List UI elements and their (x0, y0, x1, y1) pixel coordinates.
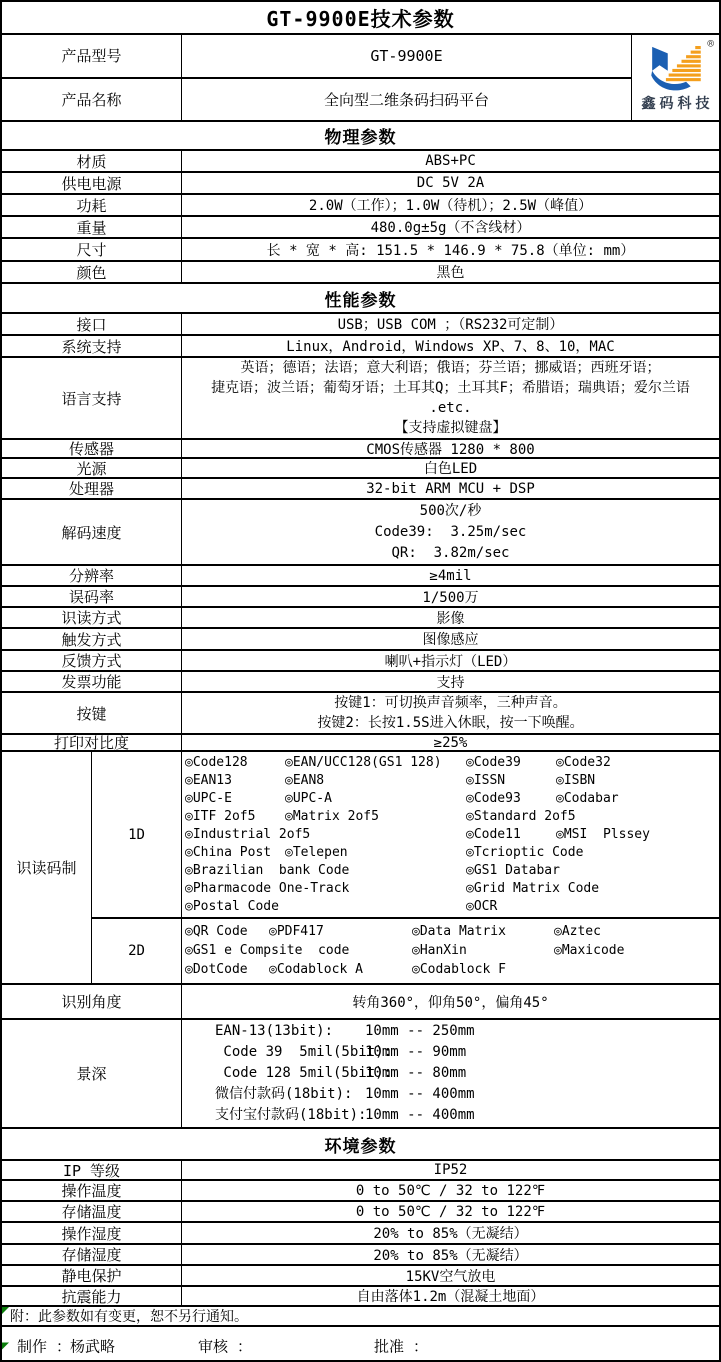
table-row: 识别角度 转角360°，仰角50°，偏角45° (2, 983, 719, 1018)
dof-range: 10mm -- 80mm (365, 1063, 466, 1084)
param-label: 分辨率 (2, 566, 182, 585)
param-value: USB；USB COM ；（RS232可定制） (182, 314, 719, 334)
code-item: ◎UPC-A (285, 790, 466, 808)
param-label: IP 等级 (2, 1161, 182, 1179)
code-item: ◎Code11 (466, 826, 556, 844)
spec-sheet: GT-9900E技术参数 产品型号 GT-9900E 产品名称 全向型二维条码扫… (0, 0, 721, 1362)
table-row: 静电保护 15KV空气放电 (2, 1264, 719, 1285)
table-row: 重量 480.0g±5g（不含线材） (2, 215, 719, 237)
codes-grid-1d: ◎Code128 ◎EAN/UCC128(GS1 128) ◎Code39 ◎C… (182, 752, 719, 917)
code-item (556, 808, 719, 826)
param-value: 按键1：可切换声音频率，三种声音。 按键2：长按1.5S进入休眠，按一下唤醒。 (182, 693, 719, 733)
table-row: 识读方式 影像 (2, 606, 719, 627)
dof-name: Code 128 5mil(5bit): (215, 1063, 365, 1084)
param-label: 光源 (2, 459, 182, 477)
param-label: 重量 (2, 217, 182, 237)
code-item: ◎HanXin (412, 942, 554, 961)
code-item: ◎Code39 (466, 754, 556, 772)
param-label: 系统支持 (2, 336, 182, 356)
approver-label: 批准 ： (374, 1335, 428, 1356)
code-item: ◎Code128 (185, 754, 285, 772)
param-label: 供电电源 (2, 173, 182, 193)
dof-name: EAN-13(13bit): (215, 1021, 365, 1042)
param-value: 15KV空气放电 (182, 1266, 719, 1285)
section-title: 物理参数 (2, 122, 719, 149)
code-item: ◎ISSN (466, 772, 556, 790)
param-label: 接口 (2, 314, 182, 334)
table-row: 处理器 32-bit ARM MCU + DSP (2, 477, 719, 498)
value-line: 英语；德语；法语；意大利语；俄语；芬兰语；挪威语；西班牙语； (241, 358, 661, 378)
param-label: 产品名称 (2, 79, 182, 120)
band-1d: 1D ◎Code128 ◎EAN/UCC128(GS1 128) ◎Code39… (92, 752, 719, 917)
table-row: 打印对比度 ≥25% (2, 733, 719, 750)
code-item (269, 942, 412, 961)
param-value: 影像 (182, 608, 719, 627)
dof-range: 10mm -- 400mm (365, 1105, 475, 1126)
param-label: 反馈方式 (2, 651, 182, 670)
dof-range: 10mm -- 400mm (365, 1084, 475, 1105)
signoff-row: 制作 ： 杨武略 审核 ： 批准 ： (2, 1325, 719, 1362)
param-label: 静电保护 (2, 1266, 182, 1285)
param-label: 传感器 (2, 440, 182, 457)
code-item: ◎GS1 e Compsite code (185, 942, 269, 961)
code-item: ◎EAN13 (185, 772, 285, 790)
table-row: 存储温度 0 to 50℃ / 32 to 122℉ (2, 1200, 719, 1221)
code-item: ◎EAN8 (285, 772, 466, 790)
param-value: 0 to 50℃ / 32 to 122℉ (182, 1202, 719, 1221)
product-block: 产品型号 GT-9900E 产品名称 全向型二维条码扫码平台 ® (2, 33, 719, 120)
value-line: 500次/秒 (420, 501, 482, 522)
code-item: ◎Tcrioptic Code (466, 844, 556, 862)
code-item: ◎Codablock A (269, 961, 412, 980)
dof-range: 10mm -- 250mm (365, 1021, 475, 1042)
param-label: 抗震能力 (2, 1287, 182, 1305)
registered-mark: ® (707, 37, 714, 50)
param-label: 操作温度 (2, 1181, 182, 1200)
code-item: ◎Pharmacode One-Track (185, 880, 285, 898)
table-row: 触发方式 图像感应 (2, 627, 719, 649)
code-item: ◎PDF417 (269, 923, 412, 942)
symbologies-block: 识读码制 1D ◎Code128 ◎EAN/UCC128(GS1 128) ◎C… (2, 750, 719, 983)
brand-icon (643, 43, 709, 93)
table-row: 分辨率 ≥4mil (2, 564, 719, 585)
code-item: ◎QR Code (185, 923, 269, 942)
table-row: 系统支持 Linux，Android，Windows XP、7、8、10，MAC (2, 334, 719, 356)
code-item (285, 826, 466, 844)
table-row: 材质 ABS+PC (2, 149, 719, 171)
code-item: ◎Code93 (466, 790, 556, 808)
value-line: 【支持虚拟键盘】 (395, 418, 507, 438)
code-item: ◎GS1 Databar (466, 862, 556, 880)
param-value: 全向型二维条码扫码平台 (182, 79, 631, 120)
param-label: 功耗 (2, 195, 182, 215)
code-item: ◎Codablock F (412, 961, 554, 980)
green-flag-icon (2, 1307, 9, 1314)
code-item (554, 961, 719, 980)
band-2d: 2D ◎QR Code ◎PDF417 ◎Data Matrix ◎Aztec … (92, 917, 719, 983)
param-value: 2.0W（工作）；1.0W（待机）；2.5W（峰值） (182, 195, 719, 215)
table-row: 接口 USB；USB COM ；（RS232可定制） (2, 312, 719, 334)
code-item: ◎China Post (185, 844, 285, 862)
symbologies-bands: 1D ◎Code128 ◎EAN/UCC128(GS1 128) ◎Code39… (92, 752, 719, 983)
codes-grid-2d: ◎QR Code ◎PDF417 ◎Data Matrix ◎Aztec ◎GS… (182, 919, 719, 983)
param-label: 识别角度 (2, 985, 182, 1018)
param-value: 喇叭+指示灯（LED） (182, 651, 719, 670)
dof-line: 支付宝付款码(18bit): 10mm -- 400mm (215, 1105, 475, 1126)
section-header-environment: 环境参数 (2, 1127, 719, 1159)
param-value: 白色LED (182, 459, 719, 477)
table-row: 光源 白色LED (2, 457, 719, 477)
product-rows: 产品型号 GT-9900E 产品名称 全向型二维条码扫码平台 (2, 35, 631, 120)
param-value: 500次/秒 Code39: 3.25m/sec QR: 3.82m/sec (182, 500, 719, 564)
code-item: ◎Telepen (285, 844, 466, 862)
table-row: IP 等级 IP52 (2, 1159, 719, 1179)
table-row: 解码速度 500次/秒 Code39: 3.25m/sec QR: 3.82m/… (2, 498, 719, 564)
table-row: 操作湿度 20% to 85%（无凝结） (2, 1221, 719, 1243)
table-row: 产品名称 全向型二维条码扫码平台 (2, 77, 631, 120)
table-row: 尺寸 长 * 宽 * 高: 151.5 * 146.9 * 75.8（单位: m… (2, 237, 719, 260)
param-label: 识读码制 (2, 752, 92, 983)
dof-name: Code 39 5mil(5bit): (215, 1042, 365, 1063)
code-item: ◎DotCode (185, 961, 269, 980)
code-item: ◎Codabar (556, 790, 719, 808)
param-label: 触发方式 (2, 629, 182, 649)
param-label: 发票功能 (2, 672, 182, 691)
code-item: ◎UPC-E (185, 790, 285, 808)
param-value: 480.0g±5g（不含线材） (182, 217, 719, 237)
param-value: 1/500万 (182, 587, 719, 606)
code-item: ◎Code32 (556, 754, 719, 772)
param-value: 图像感应 (182, 629, 719, 649)
table-row: 功耗 2.0W（工作）；1.0W（待机）；2.5W（峰值） (2, 193, 719, 215)
code-item: ◎ITF 2of5 (185, 808, 285, 826)
code-item (285, 880, 466, 898)
table-row: 传感器 CMOS传感器 1280 * 800 (2, 438, 719, 457)
page-title: GT-9900E技术参数 (2, 2, 719, 33)
code-item: ◎Maxicode (554, 942, 719, 961)
dof-line: Code 128 5mil(5bit): 10mm -- 80mm (215, 1063, 475, 1084)
param-value: 0 to 50℃ / 32 to 122℉ (182, 1181, 719, 1200)
dof-name: 微信付款码(18bit): (215, 1084, 365, 1105)
code-item (285, 862, 466, 880)
param-label: 材质 (2, 151, 182, 171)
value-line: 捷克语；波兰语；葡萄牙语；土耳其Q；土耳其F；希腊语；瑞典语；爱尔兰语 (211, 378, 690, 398)
table-row: 按键 按键1：可切换声音频率，三种声音。 按键2：长按1.5S进入休眠，按一下唤… (2, 691, 719, 733)
param-value: 自由落体1.2m（混凝土地面） (182, 1287, 719, 1305)
code-item (556, 844, 719, 862)
value-line: 按键1：可切换声音频率，三种声音。 (334, 693, 566, 713)
param-value: EAN-13(13bit): 10mm -- 250mm Code 39 5mi… (182, 1020, 719, 1127)
reviewer-label: 审核 ： (198, 1335, 252, 1356)
maker-label: 制作 ： (17, 1335, 71, 1356)
table-row: 误码率 1/500万 (2, 585, 719, 606)
table-row: 产品型号 GT-9900E (2, 35, 631, 77)
param-label: 景深 (2, 1020, 182, 1127)
title-row: GT-9900E技术参数 (2, 2, 719, 33)
maker-name: 杨武略 (70, 1335, 115, 1356)
param-value: 黑色 (182, 262, 719, 282)
band-label: 2D (92, 919, 182, 983)
param-label: 解码速度 (2, 500, 182, 564)
param-label: 处理器 (2, 479, 182, 498)
code-item: ◎Matrix 2of5 (285, 808, 466, 826)
table-row: 抗震能力 自由落体1.2m（混凝土地面） (2, 1285, 719, 1305)
section-header-physical: 物理参数 (2, 120, 719, 149)
value-line: .etc. (429, 398, 471, 418)
dof-range: 10mm -- 90mm (365, 1042, 466, 1063)
param-label: 产品型号 (2, 35, 182, 77)
param-label: 颜色 (2, 262, 182, 282)
table-row: 颜色 黑色 (2, 260, 719, 282)
code-item: ◎Industrial 2of5 (185, 826, 285, 844)
param-value: 32-bit ARM MCU + DSP (182, 479, 719, 498)
table-row: 供电电源 DC 5V 2A (2, 171, 719, 193)
param-value: 英语；德语；法语；意大利语；俄语；芬兰语；挪威语；西班牙语； 捷克语；波兰语；葡… (182, 358, 719, 438)
param-value: GT-9900E (182, 35, 631, 77)
param-value: 转角360°，仰角50°，偏角45° (182, 985, 719, 1018)
code-item: ◎MSI Plssey (556, 826, 719, 844)
value-line: 按键2：长按1.5S进入休眠，按一下唤醒。 (317, 713, 583, 733)
param-value: 长 * 宽 * 高: 151.5 * 146.9 * 75.8（单位: mm） (182, 239, 719, 260)
company-logo: ® 鑫码科技 (631, 35, 719, 120)
param-value: DC 5V 2A (182, 173, 719, 193)
param-value: IP52 (182, 1161, 719, 1179)
param-label: 存储温度 (2, 1202, 182, 1221)
section-header-performance: 性能参数 (2, 282, 719, 312)
param-value: 20% to 85%（无凝结） (182, 1223, 719, 1243)
code-item: ◎Data Matrix (412, 923, 554, 942)
table-row: 语言支持 英语；德语；法语；意大利语；俄语；芬兰语；挪威语；西班牙语； 捷克语；… (2, 356, 719, 438)
section-title: 性能参数 (2, 284, 719, 312)
table-row: 存储湿度 20% to 85%（无凝结） (2, 1243, 719, 1264)
param-label: 语言支持 (2, 358, 182, 438)
green-flag-icon (2, 1342, 9, 1349)
param-value: ≥4mil (182, 566, 719, 585)
code-item (556, 862, 719, 880)
param-value: ABS+PC (182, 151, 719, 171)
code-item: ◎EAN/UCC128(GS1 128) (285, 754, 466, 772)
param-label: 打印对比度 (2, 735, 182, 750)
table-row: 操作温度 0 to 50℃ / 32 to 122℉ (2, 1179, 719, 1200)
param-value: 20% to 85%（无凝结） (182, 1245, 719, 1264)
code-item: ◎Grid Matrix Code (466, 880, 556, 898)
param-label: 存储湿度 (2, 1245, 182, 1264)
param-value: ≥25% (182, 735, 719, 750)
param-value: 支持 (182, 672, 719, 691)
param-label: 按键 (2, 693, 182, 733)
code-item (285, 898, 466, 916)
code-item: ◎OCR (466, 898, 556, 916)
param-label: 操作湿度 (2, 1223, 182, 1243)
code-item (556, 898, 719, 916)
table-row: 发票功能 支持 (2, 670, 719, 691)
value-line: QR: 3.82m/sec (391, 543, 509, 564)
code-item: ◎Brazilian bank Code (185, 862, 285, 880)
code-item: ◎Postal Code (185, 898, 285, 916)
param-value: CMOS传感器 1280 * 800 (182, 440, 719, 457)
section-title: 环境参数 (2, 1129, 719, 1159)
param-label: 识读方式 (2, 608, 182, 627)
param-label: 误码率 (2, 587, 182, 606)
note-row: 附：此参数如有变更，恕不另行通知。 (2, 1305, 719, 1325)
param-value: Linux，Android，Windows XP、7、8、10，MAC (182, 336, 719, 356)
dof-line: EAN-13(13bit): 10mm -- 250mm (215, 1021, 475, 1042)
dof-line: 微信付款码(18bit): 10mm -- 400mm (215, 1084, 475, 1105)
dof-line: Code 39 5mil(5bit): 10mm -- 90mm (215, 1042, 475, 1063)
code-item (556, 880, 719, 898)
dof-table: EAN-13(13bit): 10mm -- 250mm Code 39 5mi… (215, 1021, 475, 1126)
param-label: 尺寸 (2, 239, 182, 260)
depth-of-field-row: 景深 EAN-13(13bit): 10mm -- 250mm Code 39 … (2, 1018, 719, 1127)
value-line: Code39: 3.25m/sec (375, 522, 527, 543)
code-item: ◎ISBN (556, 772, 719, 790)
code-item: ◎Aztec (554, 923, 719, 942)
table-row: 反馈方式 喇叭+指示灯（LED） (2, 649, 719, 670)
band-label: 1D (92, 752, 182, 917)
note-text: 附：此参数如有变更，恕不另行通知。 (2, 1307, 719, 1325)
code-item: ◎Standard 2of5 (466, 808, 556, 826)
brand-name: 鑫码科技 (638, 93, 714, 113)
dof-name: 支付宝付款码(18bit): (215, 1105, 365, 1126)
